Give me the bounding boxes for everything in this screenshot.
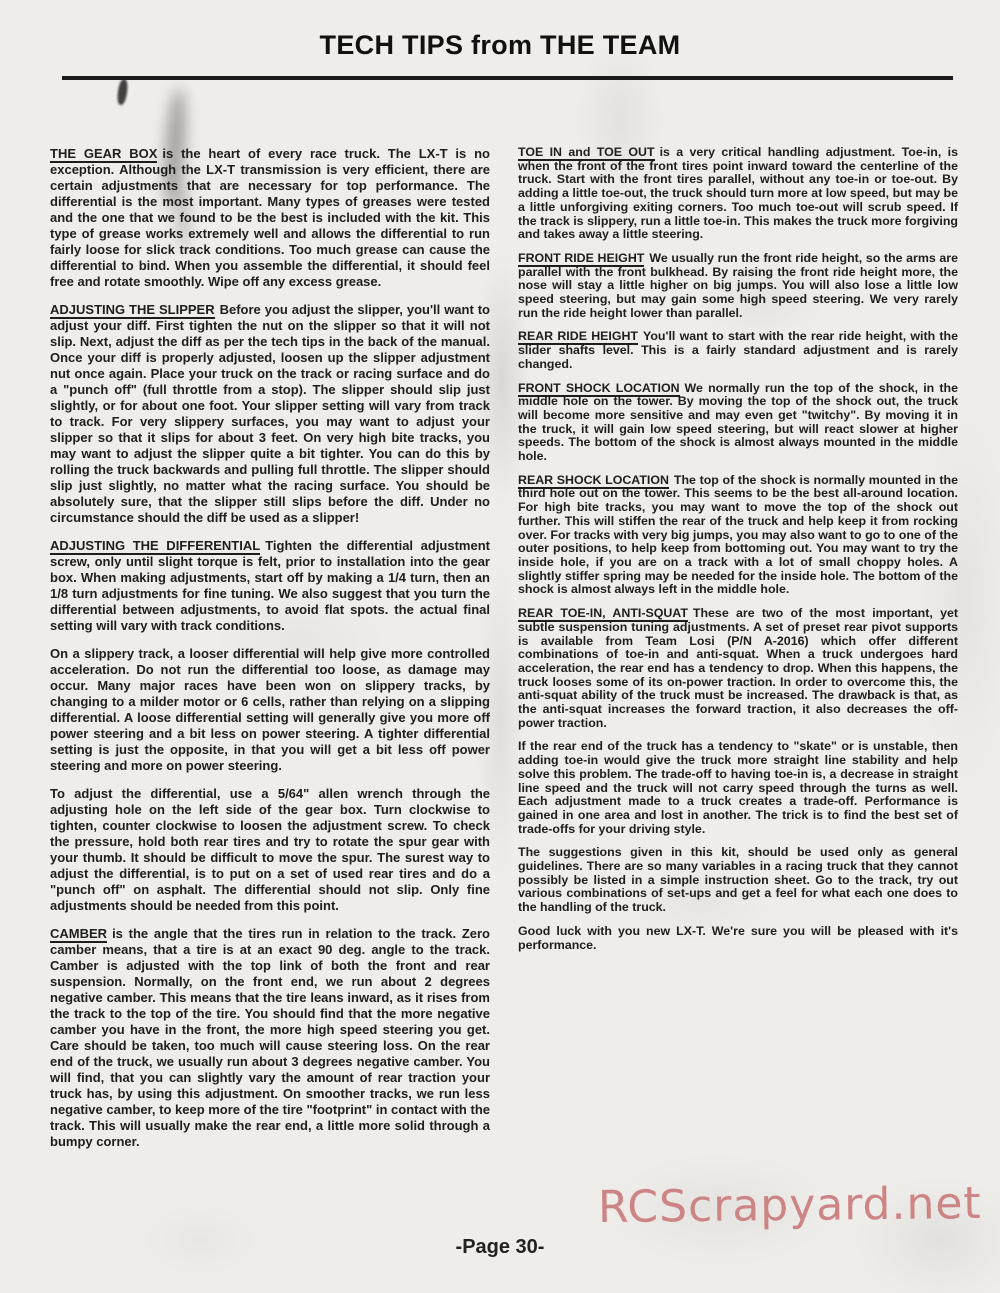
section-text: The top of the shock is normally mounted… — [518, 473, 958, 597]
two-column-body: THE GEAR BOXis the heart of every race t… — [50, 146, 958, 1162]
section-text: Good luck with you new LX-T. We're sure … — [518, 924, 958, 952]
section-text: If the rear end of the truck has a tende… — [518, 739, 958, 835]
section-front-shock-location: FRONT SHOCK LOCATIONWe normally run the … — [518, 382, 958, 464]
section-text: To adjust the differential, use a 5/64" … — [50, 786, 490, 913]
section-heading: ADJUSTING THE DIFFERENTIAL — [50, 538, 260, 555]
page-number: -Page 30- — [0, 1236, 1000, 1259]
section-adjusting-differential: ADJUSTING THE DIFFERENTIALTighten the di… — [50, 538, 490, 634]
right-column: TOE IN and TOE OUTis a very critical han… — [518, 146, 958, 1162]
section-text: is the heart of every race truck. The LX… — [50, 146, 490, 289]
section-rear-toe-in-anti-squat: REAR TOE-IN, ANTI-SQUATThese are two of … — [518, 607, 958, 730]
section-text: On a slippery track, a looser differenti… — [50, 646, 490, 773]
title-divider — [62, 76, 953, 80]
section-heading: CAMBER — [50, 926, 107, 943]
section-rear-shock-location: REAR SHOCK LOCATIONThe top of the shock … — [518, 474, 958, 597]
left-column: THE GEAR BOXis the heart of every race t… — [50, 146, 490, 1162]
section-heading: ADJUSTING THE SLIPPER — [50, 302, 215, 319]
section-heading: THE GEAR BOX — [50, 146, 157, 163]
section-text: is the angle that the tires run in relat… — [50, 926, 490, 1149]
section-text: is a very critical handling adjustment. … — [518, 145, 958, 241]
paragraph-slippery-track: On a slippery track, a looser differenti… — [50, 646, 490, 774]
section-text: The suggestions given in this kit, shoul… — [518, 845, 958, 914]
section-toe-in-toe-out: TOE IN and TOE OUTis a very critical han… — [518, 146, 958, 242]
paragraph-suggestions: The suggestions given in this kit, shoul… — [518, 846, 958, 915]
section-camber: CAMBERis the angle that the tires run in… — [50, 926, 490, 1150]
paragraph-skate-trade-off: If the rear end of the truck has a tende… — [518, 740, 958, 836]
scanned-document-page: TECH TIPS from THE TEAM THE GEAR BOXis t… — [0, 0, 1000, 1293]
scan-artifact — [116, 79, 129, 106]
section-text: Before you adjust the slipper, you'll wa… — [50, 302, 490, 525]
section-rear-ride-height: REAR RIDE HEIGHTYou'll want to start wit… — [518, 330, 958, 371]
section-adjusting-slipper: ADJUSTING THE SLIPPERBefore you adjust t… — [50, 302, 490, 526]
paragraph-good-luck: Good luck with you new LX-T. We're sure … — [518, 925, 958, 952]
section-front-ride-height: FRONT RIDE HEIGHTWe usually run the fron… — [518, 252, 958, 321]
page-title: TECH TIPS from THE TEAM — [0, 30, 1000, 61]
section-gear-box: THE GEAR BOXis the heart of every race t… — [50, 146, 490, 290]
watermark: RCScrapyard.net — [598, 1178, 982, 1233]
paragraph-adjust-differential: To adjust the differential, use a 5/64" … — [50, 786, 490, 914]
section-text: These are two of the most important, yet… — [518, 606, 958, 730]
